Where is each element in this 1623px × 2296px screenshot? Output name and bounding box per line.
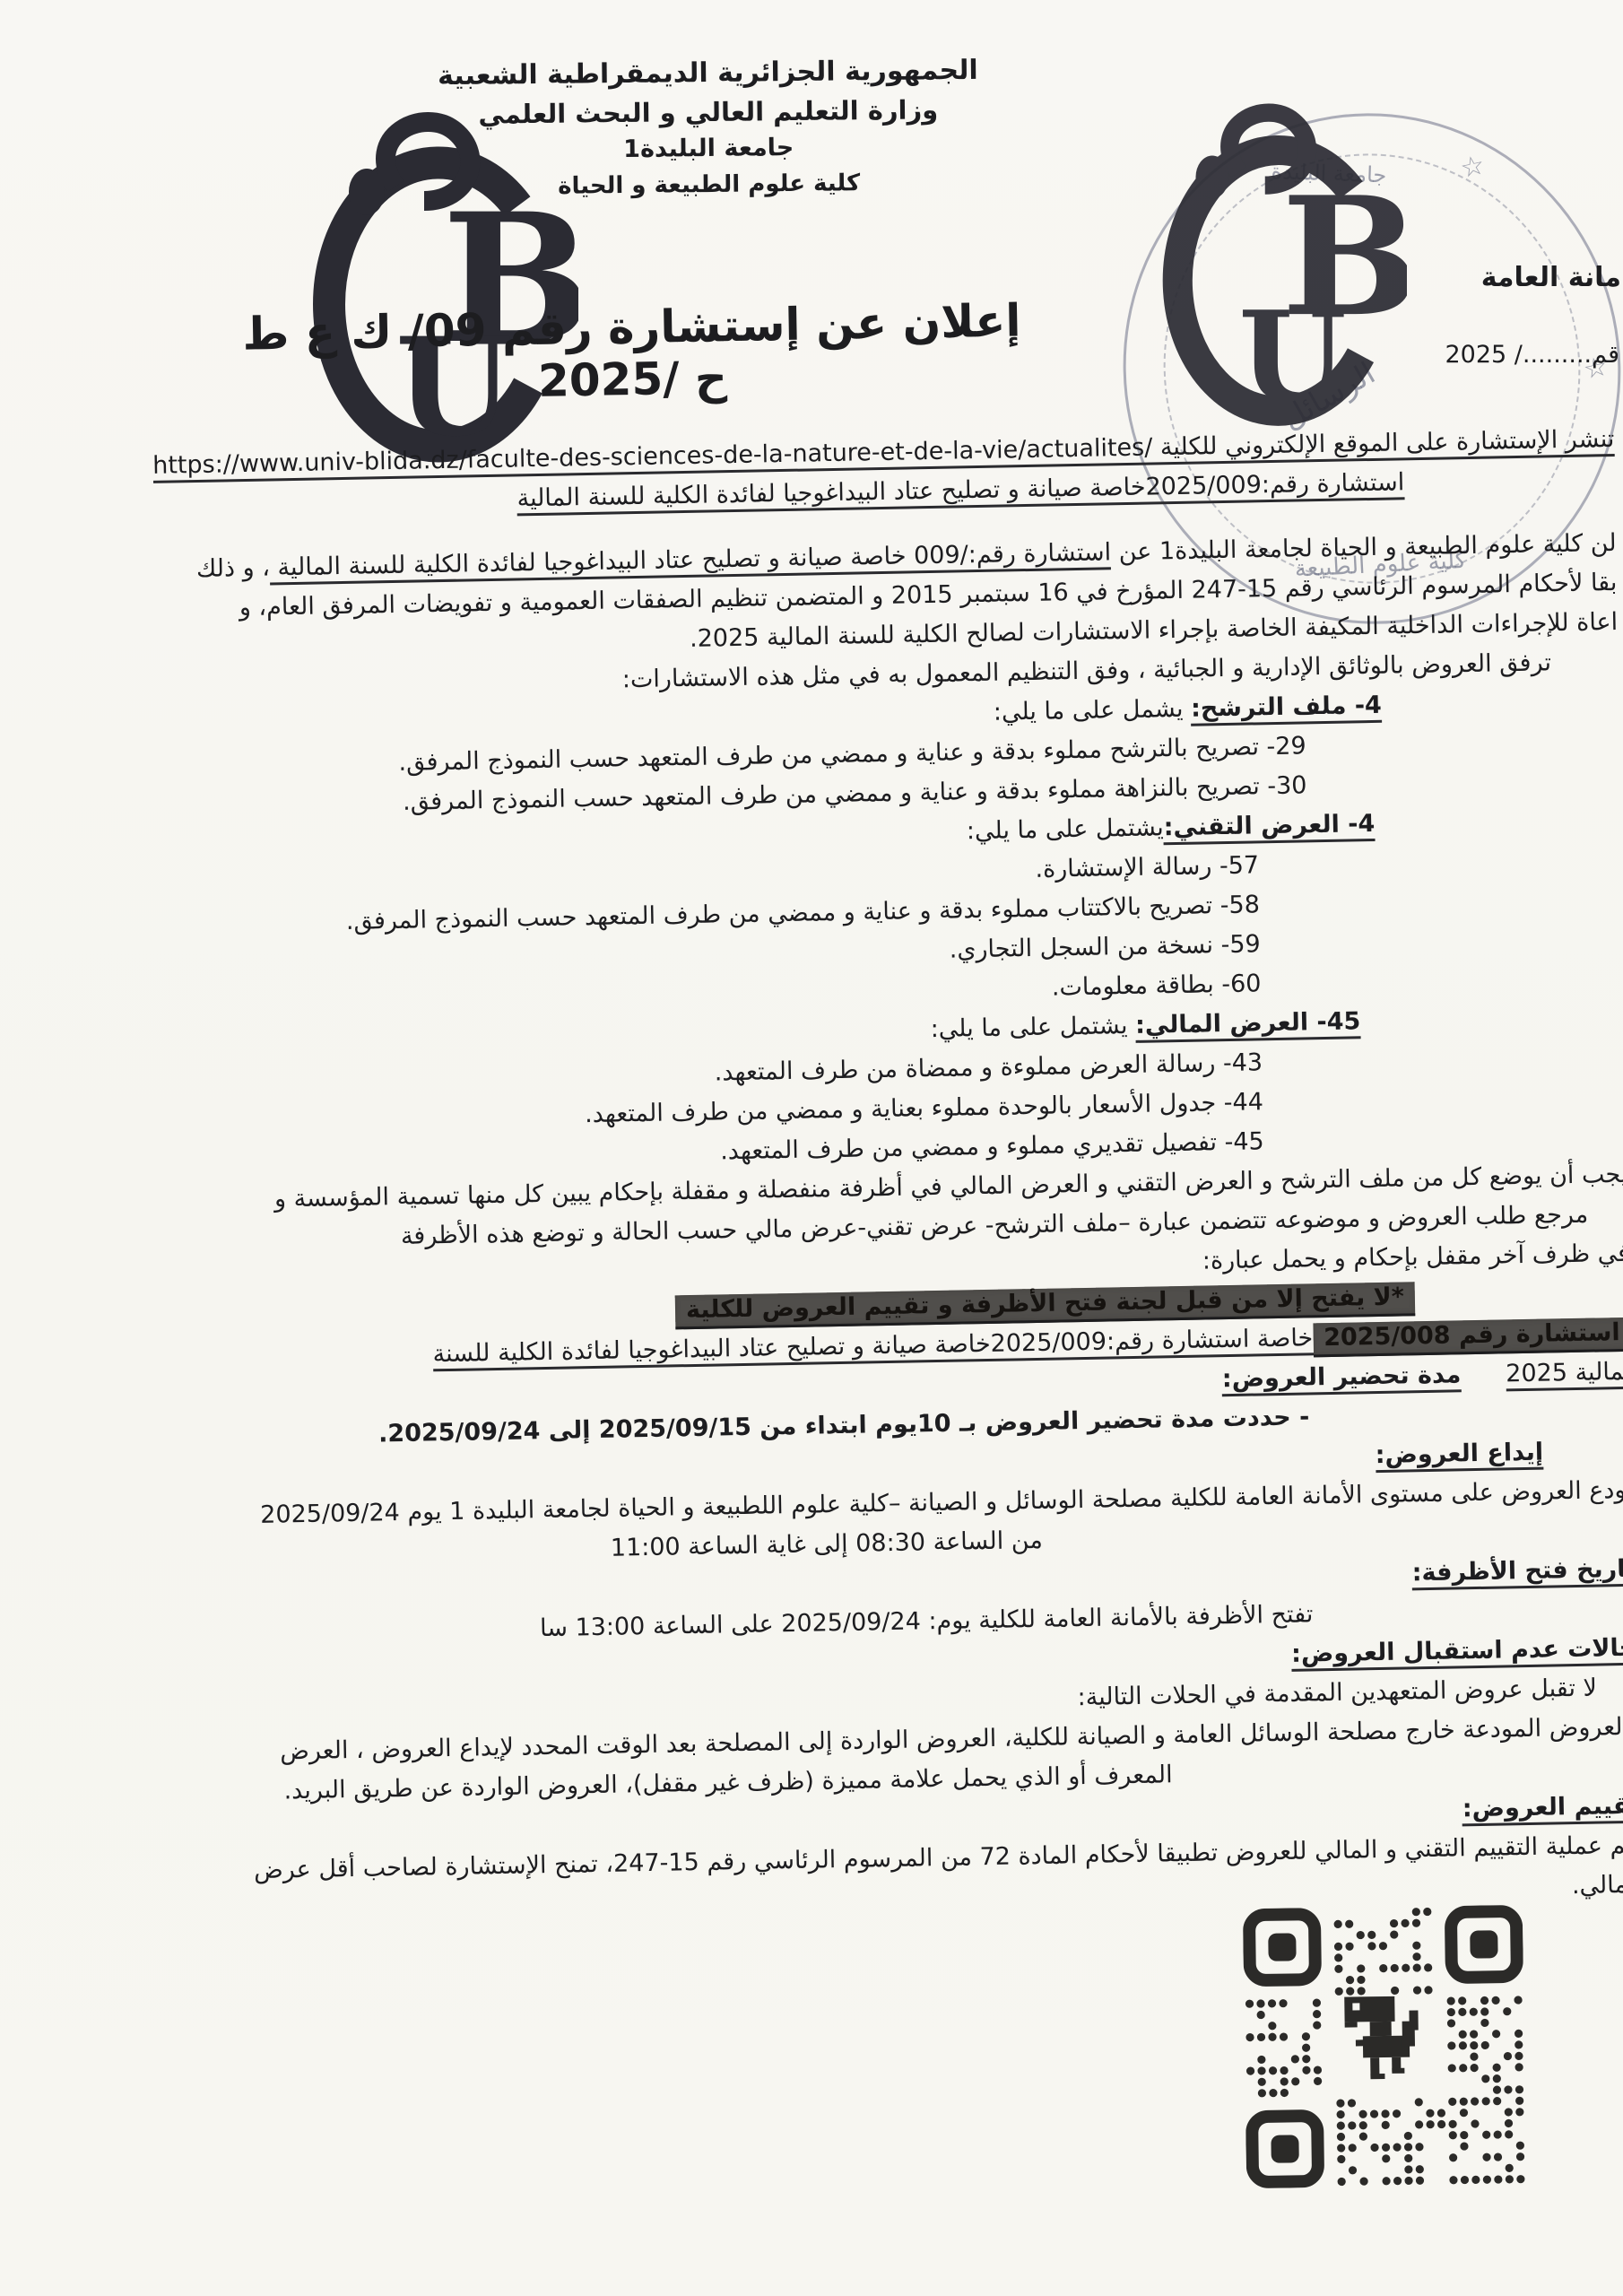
- university-logo-stamped-icon: [1159, 88, 1407, 461]
- ministry-line: وزارة التعليم العالي و البحث العلمي: [386, 90, 1031, 135]
- scanned-document-page: B U الرسائل كلية علوم الطبيعة جامعة البل…: [0, 0, 1623, 2296]
- offers-preparation-header: مدة تحضير العروض:: [1222, 1361, 1462, 1396]
- qr-code-with-dino-icon: [1243, 1905, 1526, 2188]
- document-body: تنشر الإستشارة على الموقع الإلكتروني للك…: [54, 420, 1623, 1934]
- republic-line: الجمهورية الجزائرية الديمقراطية الشعبية: [385, 50, 1030, 97]
- document-header: الجمهورية الجزائرية الديمقراطية الشعبية …: [385, 50, 1032, 206]
- faculty-line: كلية علوم الطبيعة و الحياة: [386, 163, 1031, 206]
- struck-consultation-number: استشارة رقم 2025/008: [1313, 1318, 1623, 1357]
- announcement-title: إعلان عن إستشارة رقم 09/ ك ع ط ح /2025: [232, 294, 1032, 413]
- publication-intro: تنشر الإستشارة على الموقع الإلكتروني للك…: [1152, 425, 1615, 461]
- reference-number: قم........./ 2025: [1445, 341, 1619, 369]
- star-icon: ☆: [1457, 149, 1488, 185]
- fiscal-year: لمالية 2025: [1506, 1358, 1623, 1392]
- secretariat-label: مانة العامة: [1481, 262, 1621, 293]
